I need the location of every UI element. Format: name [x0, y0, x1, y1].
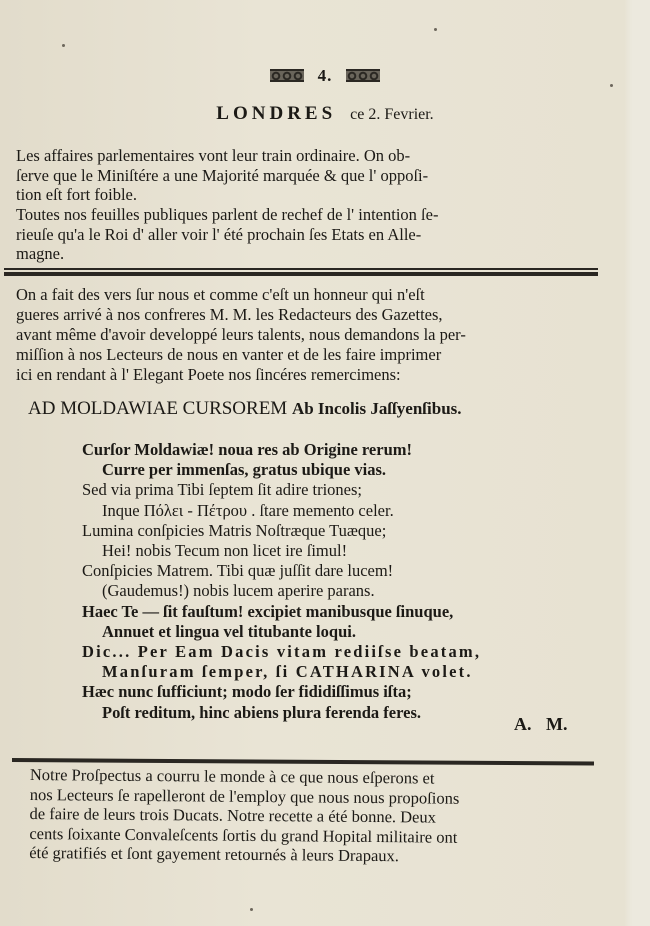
poem-line: Hæc nunc ſufficiunt; modo ſer fididiſſim… [82, 682, 582, 702]
text-line: miſſion à nos Lecteurs de nous en vanter… [16, 345, 598, 365]
ornament-icon [270, 69, 304, 82]
poem-line: Manſuram ſemper, ſi CATHARINA volet. [82, 662, 582, 682]
poem-line: Curre per immenſas, gratus ubique vias. [82, 460, 582, 480]
poem-line: Annuet et lingua vel titubante loqui. [82, 622, 582, 642]
double-rule-divider [4, 268, 598, 276]
poem-line: (Gaudemus!) nobis lucem aperire parans. [82, 581, 582, 601]
poem-line: Lumina conſpicies Matris Noſtræque Tuæqu… [82, 521, 582, 541]
article-verses-intro: On a fait des vers ſur nous et comme c'e… [16, 285, 598, 385]
text-line: On a fait des vers ſur nous et comme c'e… [16, 285, 598, 305]
article-parliament: Les affaires parlementaires vont leur tr… [16, 146, 598, 205]
poem-line: Sed via prima Tibi ſeptem ſit adire trio… [82, 480, 582, 500]
page-edge-strip [632, 0, 650, 926]
ink-speck [250, 908, 253, 911]
poem-line: Conſpicies Matrem. Tibi quæ juſſit dare … [82, 561, 582, 581]
poem-body: Curſor Moldawiæ! noua res ab Origine rer… [82, 440, 582, 723]
ornament-icon [346, 69, 380, 82]
page-number: 4. [318, 66, 333, 85]
text-line: gueres arrivé à nos confreres M. M. les … [16, 305, 598, 325]
poem-line: Haec Te — ſit fauſtum! excipiet manibusq… [82, 602, 582, 622]
text-line: Les affaires parlementaires vont leur tr… [16, 146, 598, 166]
text-line: Toutes nos feuilles publiques parlent de… [16, 205, 598, 225]
dateline-heading: LONDRES ce 2. Fevrier. [0, 103, 650, 125]
poem-line: Hei! nobis Tecum non licet ire ſimul! [82, 541, 582, 561]
poem-line: Poſt reditum, hinc abiens plura ferenda … [82, 703, 582, 723]
text-line: magne. [16, 244, 598, 264]
article-king-travel: Toutes nos feuilles publiques parlent de… [16, 205, 598, 264]
text-line: ici en rendant à l' Elegant Poete nos ſi… [16, 365, 598, 385]
poem-signature: A. M. [514, 714, 568, 735]
ink-speck [434, 28, 437, 31]
poem-subtitle: Ab Incolis Jaſſyenſibus. [292, 399, 462, 418]
poem-title-main: AD MOLDAWIAE CURSOREM [28, 398, 287, 419]
poem-line: Inque Πόλει - Πέτρου . ſtare memento cel… [82, 501, 582, 521]
ink-speck [62, 44, 65, 47]
poem-line: Curſor Moldawiæ! noua res ab Origine rer… [82, 440, 582, 460]
text-line: avant même d'avoir developpé leurs talen… [16, 325, 598, 345]
page-number-line: 4. [0, 66, 650, 86]
poem-title: AD MOLDAWIAE CURSOREM Ab Incolis Jaſſyen… [28, 398, 462, 420]
text-line: ſerve que le Miniſtére a une Majorité ma… [16, 166, 598, 186]
heading-city: LONDRES [216, 103, 336, 124]
poem-line: Dic... Per Eam Dacis vitam rediiſse beat… [82, 642, 582, 662]
text-line: rieuſe qu'a le Roi d' aller voir l' été … [16, 225, 598, 245]
article-prospectus-notice: Notre Proſpectus a courru le monde à ce … [29, 765, 604, 868]
text-line: tion eſt fort foible. [16, 185, 598, 205]
heading-date: ce 2. Fevrier. [350, 106, 434, 123]
